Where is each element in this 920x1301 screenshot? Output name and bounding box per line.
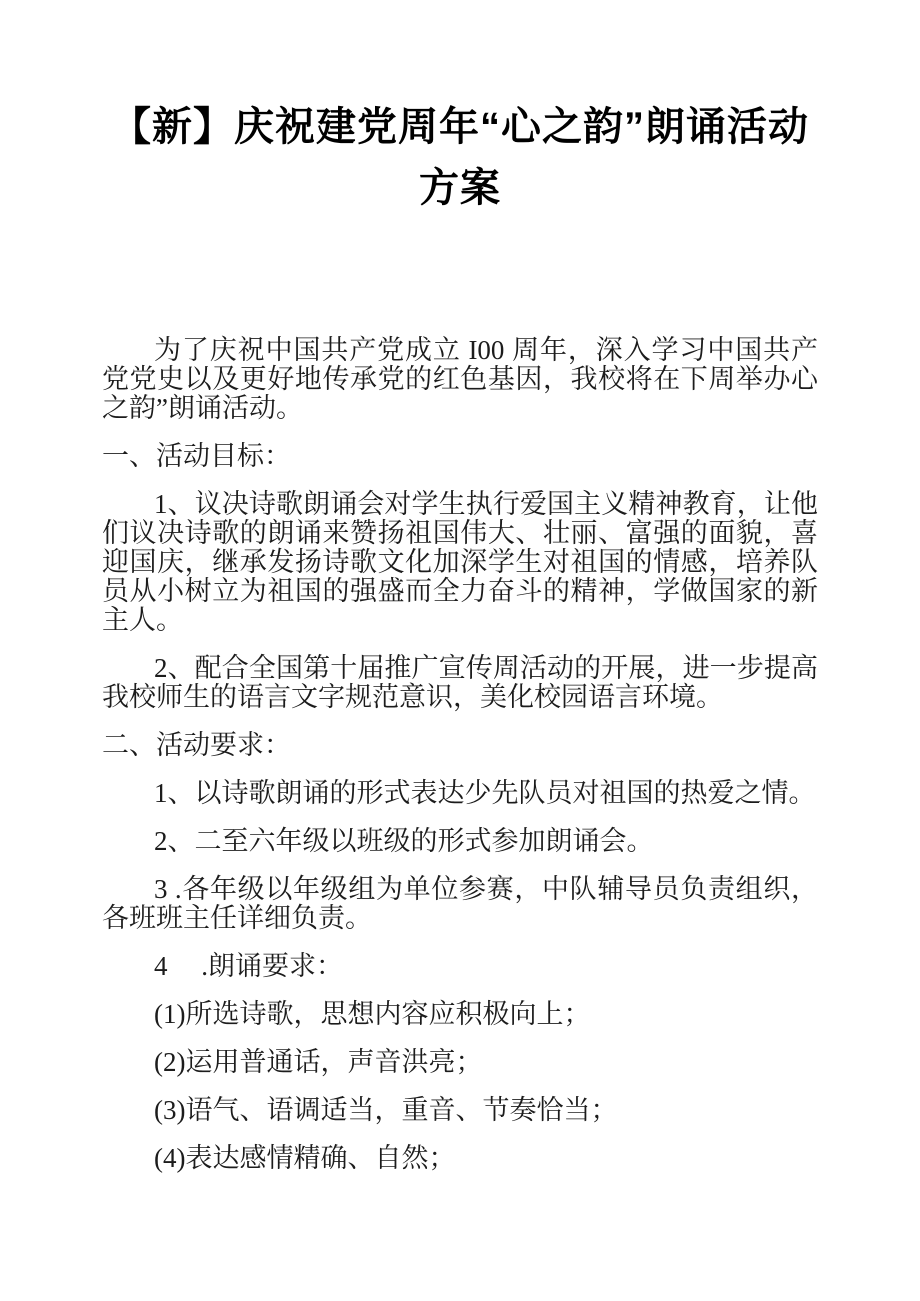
section-goals-item-2: 2、配合全国第十届推广宣传周活动的开展，进一步提高我校师生的语言文字规范意识，美… <box>102 654 818 712</box>
section-requirements-item-1: 1、以诗歌朗诵的形式表达少先队员对祖国的热爱之情。 <box>102 779 818 808</box>
document-title: 【新】庆祝建党周年“心之韵”朗诵活动方案 <box>102 97 818 219</box>
section-requirements-item-2: 2、二至六年级以班级的形式参加朗诵会。 <box>102 827 818 856</box>
document-page: 【新】庆祝建党周年“心之韵”朗诵活动方案 为了庆祝中国共产党成立 I00 周年，… <box>0 0 920 1301</box>
section-goals-heading: 一、活动目标： <box>102 442 818 471</box>
recitation-requirement-3: (3)语气、语调适当，重音、节奏恰当； <box>102 1096 818 1125</box>
section-requirements-item-4: 4 .朗诵要求： <box>102 952 818 981</box>
recitation-requirement-4: (4)表达感情精确、自然； <box>102 1144 818 1173</box>
section-goals-item-1: 1、议决诗歌朗诵会对学生执行爱国主义精神教育，让他们议决诗歌的朗诵来赞扬祖国伟大… <box>102 490 818 635</box>
intro-paragraph: 为了庆祝中国共产党成立 I00 周年，深入学习中国共产党党史以及更好地传承党的红… <box>102 336 818 423</box>
section-requirements-item-3: 3 .各年级以年级组为单位参赛，中队辅导员负责组织，各班班主任详细负责。 <box>102 875 818 933</box>
recitation-requirement-1: (1)所选诗歌，思想内容应积极向上； <box>102 1000 818 1029</box>
section-requirements-heading: 二、活动要求： <box>102 731 818 760</box>
recitation-requirement-2: (2)运用普通话，声音洪亮； <box>102 1048 818 1077</box>
